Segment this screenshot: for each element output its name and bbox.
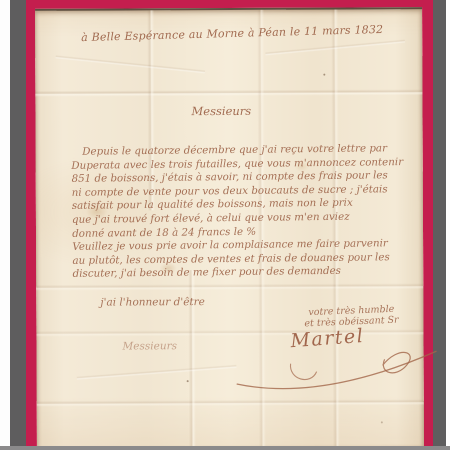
- letter-body: Depuis le quatorze décembre que j'ai reç…: [71, 142, 404, 282]
- paper-wrinkle: [55, 55, 205, 74]
- photo-white-edge-right: [446, 0, 450, 450]
- letter-paper: à Belle Espérance au Morne à Péan le 11 …: [35, 7, 424, 449]
- signature-flourish: [232, 339, 444, 394]
- fold-crease-horizontal: [36, 283, 423, 291]
- photo-white-edge-left: [0, 0, 10, 450]
- letter-photo: à Belle Espérance au Morne à Péan le 11 …: [0, 0, 450, 450]
- letter-body-line: discuter, j'ai besoin de me fixer pour d…: [73, 264, 405, 281]
- photo-bottom-gray-strip: [0, 446, 450, 450]
- fold-crease-horizontal: [36, 329, 423, 337]
- fold-crease-horizontal: [35, 89, 422, 97]
- ink-speck: [187, 380, 189, 382]
- letter-postscript-messieurs: Messieurs: [122, 340, 177, 352]
- letter-closing-left: j'ai l'honneur d'être: [100, 296, 205, 308]
- fold-crease-horizontal: [37, 399, 424, 407]
- photo-gray-bar-left: [10, 0, 26, 450]
- paper-wrinkle: [77, 364, 237, 380]
- letter-salutation: Messieurs: [191, 104, 251, 118]
- ink-speck: [323, 74, 325, 76]
- ink-speck: [381, 421, 383, 423]
